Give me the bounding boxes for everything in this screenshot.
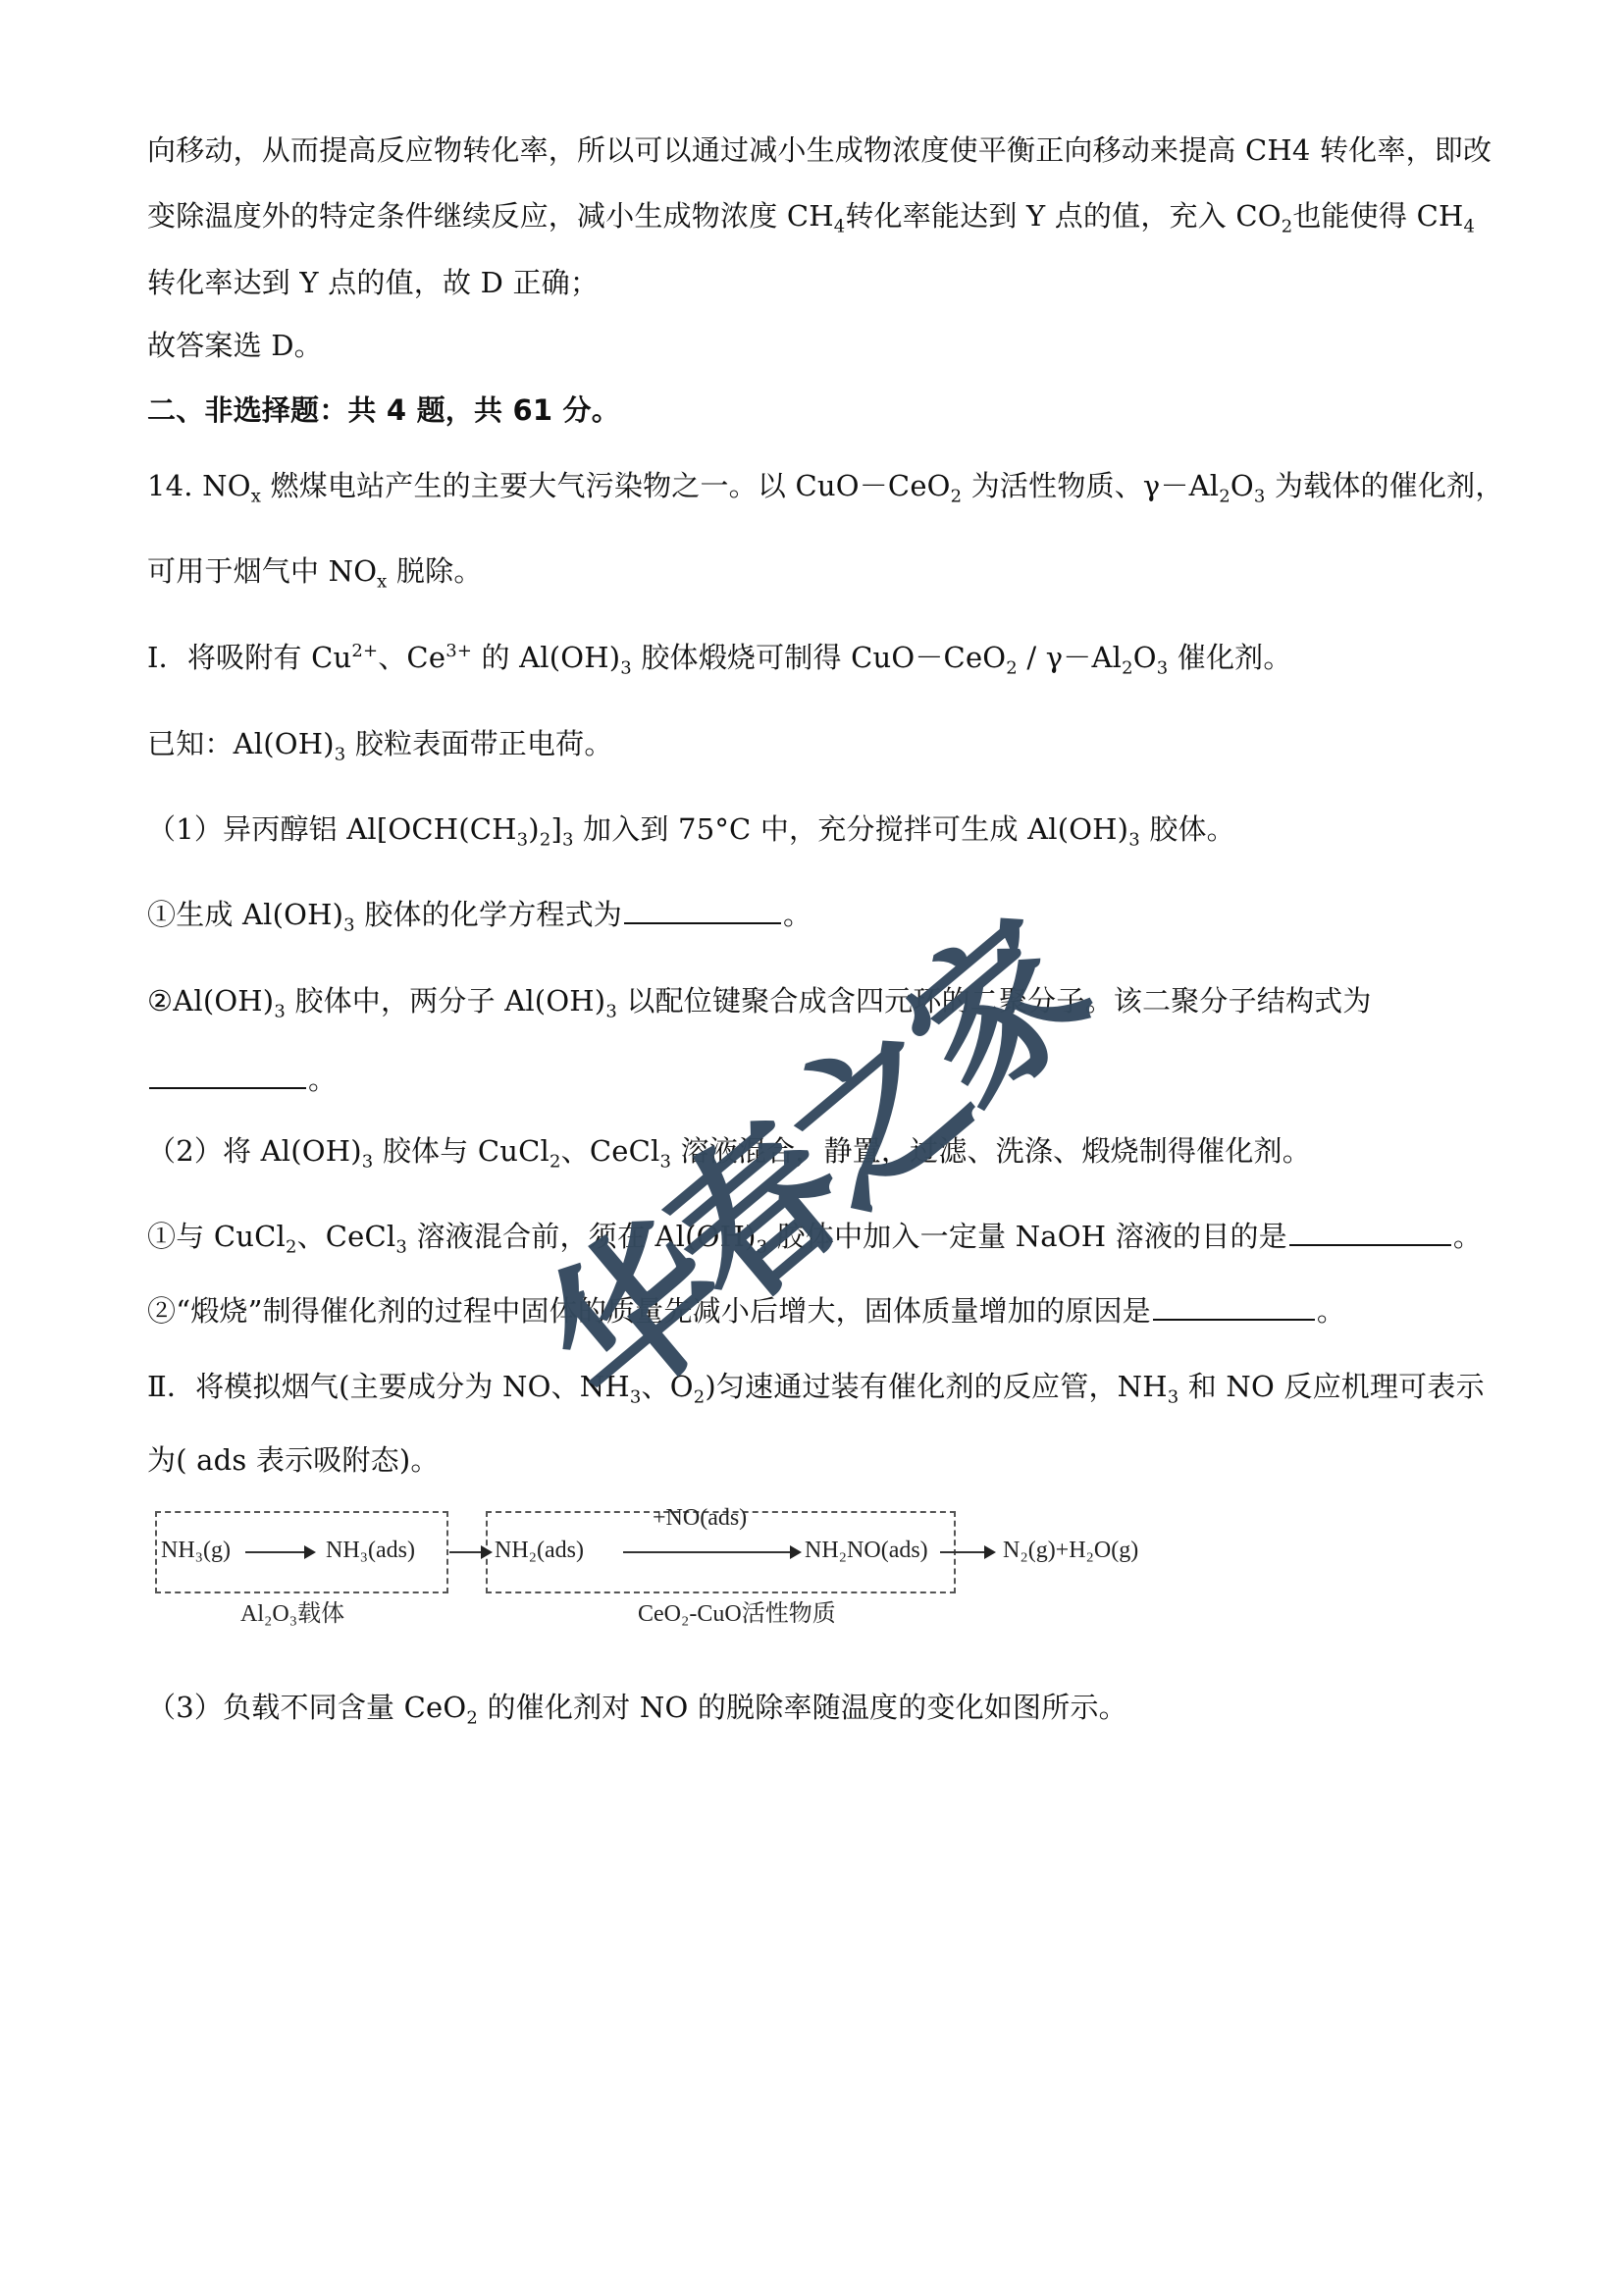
text: 胶体的化学方程式为: [355, 898, 622, 931]
text: ②“煅烧”制得催化剂的过程中固体的质量先减小后增大，固体质量增加的原因是: [147, 1294, 1151, 1328]
text: 、O: [642, 1370, 694, 1403]
text: / γ－Al: [1018, 641, 1122, 674]
text: 为载体的催化剂，: [1266, 469, 1504, 502]
text: 和 NO 反应机理可表示: [1178, 1370, 1484, 1403]
text: 转化率能达到 Y 点的值，充入 CO: [845, 199, 1281, 233]
text: 为( ads 表示吸附态)。: [147, 1443, 440, 1477]
subscript: 2: [1219, 486, 1230, 506]
text: ①与 CuCl: [147, 1220, 286, 1253]
subscript: 4: [1463, 216, 1475, 236]
text: 转化率达到 Y 点的值，故 D 正确；: [147, 266, 599, 299]
subscript: 3: [1254, 486, 1266, 506]
subscript: 2: [951, 486, 963, 506]
text: 溶液混合前，须在 Al(OH): [407, 1220, 757, 1253]
arrow-reaction: [623, 1551, 800, 1553]
text: （3）负载不同含量 CeO: [147, 1691, 466, 1724]
answer-blank[interactable]: [149, 1060, 306, 1089]
q14-intro-line-2: 可用于烟气中 NOx 脱除。: [147, 551, 483, 591]
text: 的 Al(OH): [472, 641, 620, 674]
plus-no-ads-label: +NO(ads): [653, 1503, 747, 1533]
subscript: 3: [1168, 1386, 1179, 1407]
text: 已知：Al(OH): [147, 727, 335, 760]
text: 变除温度外的特定条件继续反应，减小生成物浓度 CH: [147, 199, 834, 233]
text: 、Ce: [378, 641, 445, 674]
text: O: [1133, 641, 1157, 674]
text: 。: [308, 1063, 337, 1096]
subscript: 3: [395, 1236, 407, 1257]
subscript: 2: [1122, 657, 1133, 678]
reaction-mechanism-diagram: NH₃(g) NH₃(ads) NH₂(ads) +NO(ads) NH₂NO(…: [147, 1501, 1227, 1648]
text: Ⅱ．将模拟烟气(主要成分为 NO、NH: [147, 1370, 630, 1403]
subscript: x: [251, 486, 261, 506]
question-number: 14.: [147, 469, 193, 502]
text: 胶体煅烧可制得 CuO－CeO: [632, 641, 1006, 674]
text: 催化剂。: [1168, 641, 1291, 674]
text: 向移动，从而提高反应物转化率，所以可以通过减小生成物浓度使平衡正向移动来提高 C…: [147, 133, 1492, 167]
subscript: 3: [362, 1151, 374, 1172]
nh2no-ads-label: NH₂NO(ads): [805, 1536, 928, 1565]
question-1-2-blank-line: 。: [147, 1060, 337, 1099]
question-3: （3）负载不同含量 CeO2 的催化剂对 NO 的脱除率随温度的变化如图所示。: [147, 1688, 1127, 1727]
question-2-1: ①与 CuCl2、CeCl3 溶液混合前，须在 Al(OH)3 胶体中加入一定量…: [147, 1217, 1482, 1256]
question-2-2: ②“煅烧”制得催化剂的过程中固体的质量先减小后增大，固体质量增加的原因是。: [147, 1291, 1345, 1331]
text: 可用于烟气中 NO: [147, 554, 377, 588]
text: 也能使得 CH: [1292, 199, 1463, 233]
text: 胶体与 CuCl: [373, 1134, 550, 1168]
q14-intro-line-1: 14. NOx 燃煤电站产生的主要大气污染物之一。以 CuO－CeO2 为活性物…: [147, 466, 1504, 505]
subscript: 3: [659, 1151, 671, 1172]
text: 。: [783, 898, 811, 931]
nh3-ads-label: NH₃(ads): [326, 1536, 415, 1565]
subscript: 3: [630, 1386, 642, 1407]
text: 加入到 75°C 中，充分搅拌可生成 Al(OH): [574, 812, 1129, 846]
text: 故答案选 D。: [147, 329, 323, 362]
subscript: 2: [540, 829, 551, 850]
subscript: 3: [1157, 657, 1169, 678]
text: NO: [193, 469, 251, 502]
text: 胶体。: [1140, 812, 1235, 846]
text: O: [1230, 469, 1254, 502]
text: 溶液混合，静置，过滤、洗涤、煅烧制得催化剂。: [671, 1134, 1311, 1168]
part2-intro-line-2: 为( ads 表示吸附态)。: [147, 1440, 440, 1480]
text: ]: [550, 812, 562, 846]
text: 的催化剂对 NO 的脱除率随温度的变化如图所示。: [478, 1691, 1127, 1724]
nh2-ads-label: NH₂(ads): [495, 1536, 584, 1565]
prev-answer-line-4: 故答案选 D。: [147, 326, 323, 365]
subscript: 3: [517, 829, 529, 850]
arrow-decomposition: [940, 1551, 994, 1553]
question-2: （2）将 Al(OH)3 胶体与 CuCl2、CeCl3 溶液混合，静置，过滤、…: [147, 1131, 1311, 1171]
subscript: 4: [834, 216, 846, 236]
part1-intro: Ⅰ．将吸附有 Cu2+、Ce3+ 的 Al(OH)3 胶体煅烧可制得 CuO－C…: [147, 638, 1292, 677]
text: 燃煤电站产生的主要大气污染物之一。以 CuO－CeO: [261, 469, 951, 502]
nh3-gas-label: NH₃(g): [161, 1536, 231, 1565]
text: 。: [1317, 1294, 1345, 1328]
answer-blank[interactable]: [624, 895, 781, 924]
text: 胶体中，两分子 Al(OH): [286, 984, 605, 1018]
text: ①生成 Al(OH): [147, 898, 343, 931]
subscript: 3: [757, 1236, 768, 1257]
superscript: 2+: [351, 641, 378, 661]
text: 二、非选择题：共 4 题，共 61 分。: [147, 393, 620, 427]
question-1-2: ②Al(OH)3 胶体中，两分子 Al(OH)3 以配位键聚合成含四元环的二聚分…: [147, 981, 1372, 1020]
subscript: 2: [694, 1386, 706, 1407]
ceo2-cuo-active-caption: CeO₂-CuO活性物质: [638, 1599, 836, 1629]
prev-answer-line-1: 向移动，从而提高反应物转化率，所以可以通过减小生成物浓度使平衡正向移动来提高 C…: [147, 130, 1492, 170]
subscript: 3: [1128, 829, 1140, 850]
arrow-adsorption: [245, 1551, 314, 1553]
text: 以配位键聚合成含四元环的二聚分子。该二聚分子结构式为: [617, 984, 1372, 1018]
subscript: 2: [550, 1151, 561, 1172]
subscript: 2: [466, 1707, 478, 1728]
text: Ⅰ．将吸附有 Cu: [147, 641, 351, 674]
known-condition: 已知：Al(OH)3 胶粒表面带正电荷。: [147, 724, 613, 763]
answer-blank[interactable]: [1289, 1217, 1451, 1246]
subscript: 3: [605, 1001, 617, 1021]
subscript: 3: [562, 829, 574, 850]
text: )匀速通过装有催化剂的反应管，NH: [705, 1370, 1167, 1403]
subscript: 3: [335, 744, 346, 764]
text: 脱除。: [388, 554, 483, 588]
subscript: 2: [1006, 657, 1018, 678]
text: 、CeCl: [561, 1134, 660, 1168]
text: 胶粒表面带正电荷。: [345, 727, 612, 760]
document-page: 向移动，从而提高反应物转化率，所以可以通过减小生成物浓度使平衡正向移动来提高 C…: [0, 0, 1623, 2296]
subscript: 2: [286, 1236, 297, 1257]
question-1: （1）异丙醇铝 Al[OCH(CH3)2]3 加入到 75°C 中，充分搅拌可生…: [147, 809, 1235, 849]
text: ②Al(OH): [147, 984, 274, 1018]
subscript: 3: [274, 1001, 286, 1021]
section-heading: 二、非选择题：共 4 题，共 61 分。: [147, 391, 620, 430]
text: （1）异丙醇铝 Al[OCH(CH: [147, 812, 517, 846]
prev-answer-line-2: 变除温度外的特定条件继续反应，减小生成物浓度 CH4转化率能达到 Y 点的值，充…: [147, 196, 1475, 235]
text: （2）将 Al(OH): [147, 1134, 362, 1168]
text: 胶体中加入一定量 NaOH 溶液的目的是: [767, 1220, 1287, 1253]
subscript: 2: [1282, 216, 1293, 236]
subscript: 3: [620, 657, 632, 678]
part2-intro: Ⅱ．将模拟烟气(主要成分为 NO、NH3、O2)匀速通过装有催化剂的反应管，NH…: [147, 1367, 1485, 1406]
answer-blank[interactable]: [1153, 1291, 1315, 1321]
arrow-transfer: [449, 1551, 491, 1553]
text: 。: [1453, 1220, 1482, 1253]
text: ): [528, 812, 540, 846]
subscript: x: [377, 571, 387, 592]
text: 、CeCl: [297, 1220, 396, 1253]
products-label: N₂(g)+H₂O(g): [1003, 1536, 1138, 1565]
question-1-1: ①生成 Al(OH)3 胶体的化学方程式为。: [147, 895, 811, 934]
text: 为活性物质、γ－Al: [962, 469, 1219, 502]
al2o3-support-caption: Al₂O₃载体: [240, 1599, 344, 1629]
prev-answer-line-3: 转化率达到 Y 点的值，故 D 正确；: [147, 263, 599, 302]
subscript: 3: [343, 914, 355, 935]
superscript: 3+: [445, 641, 472, 661]
